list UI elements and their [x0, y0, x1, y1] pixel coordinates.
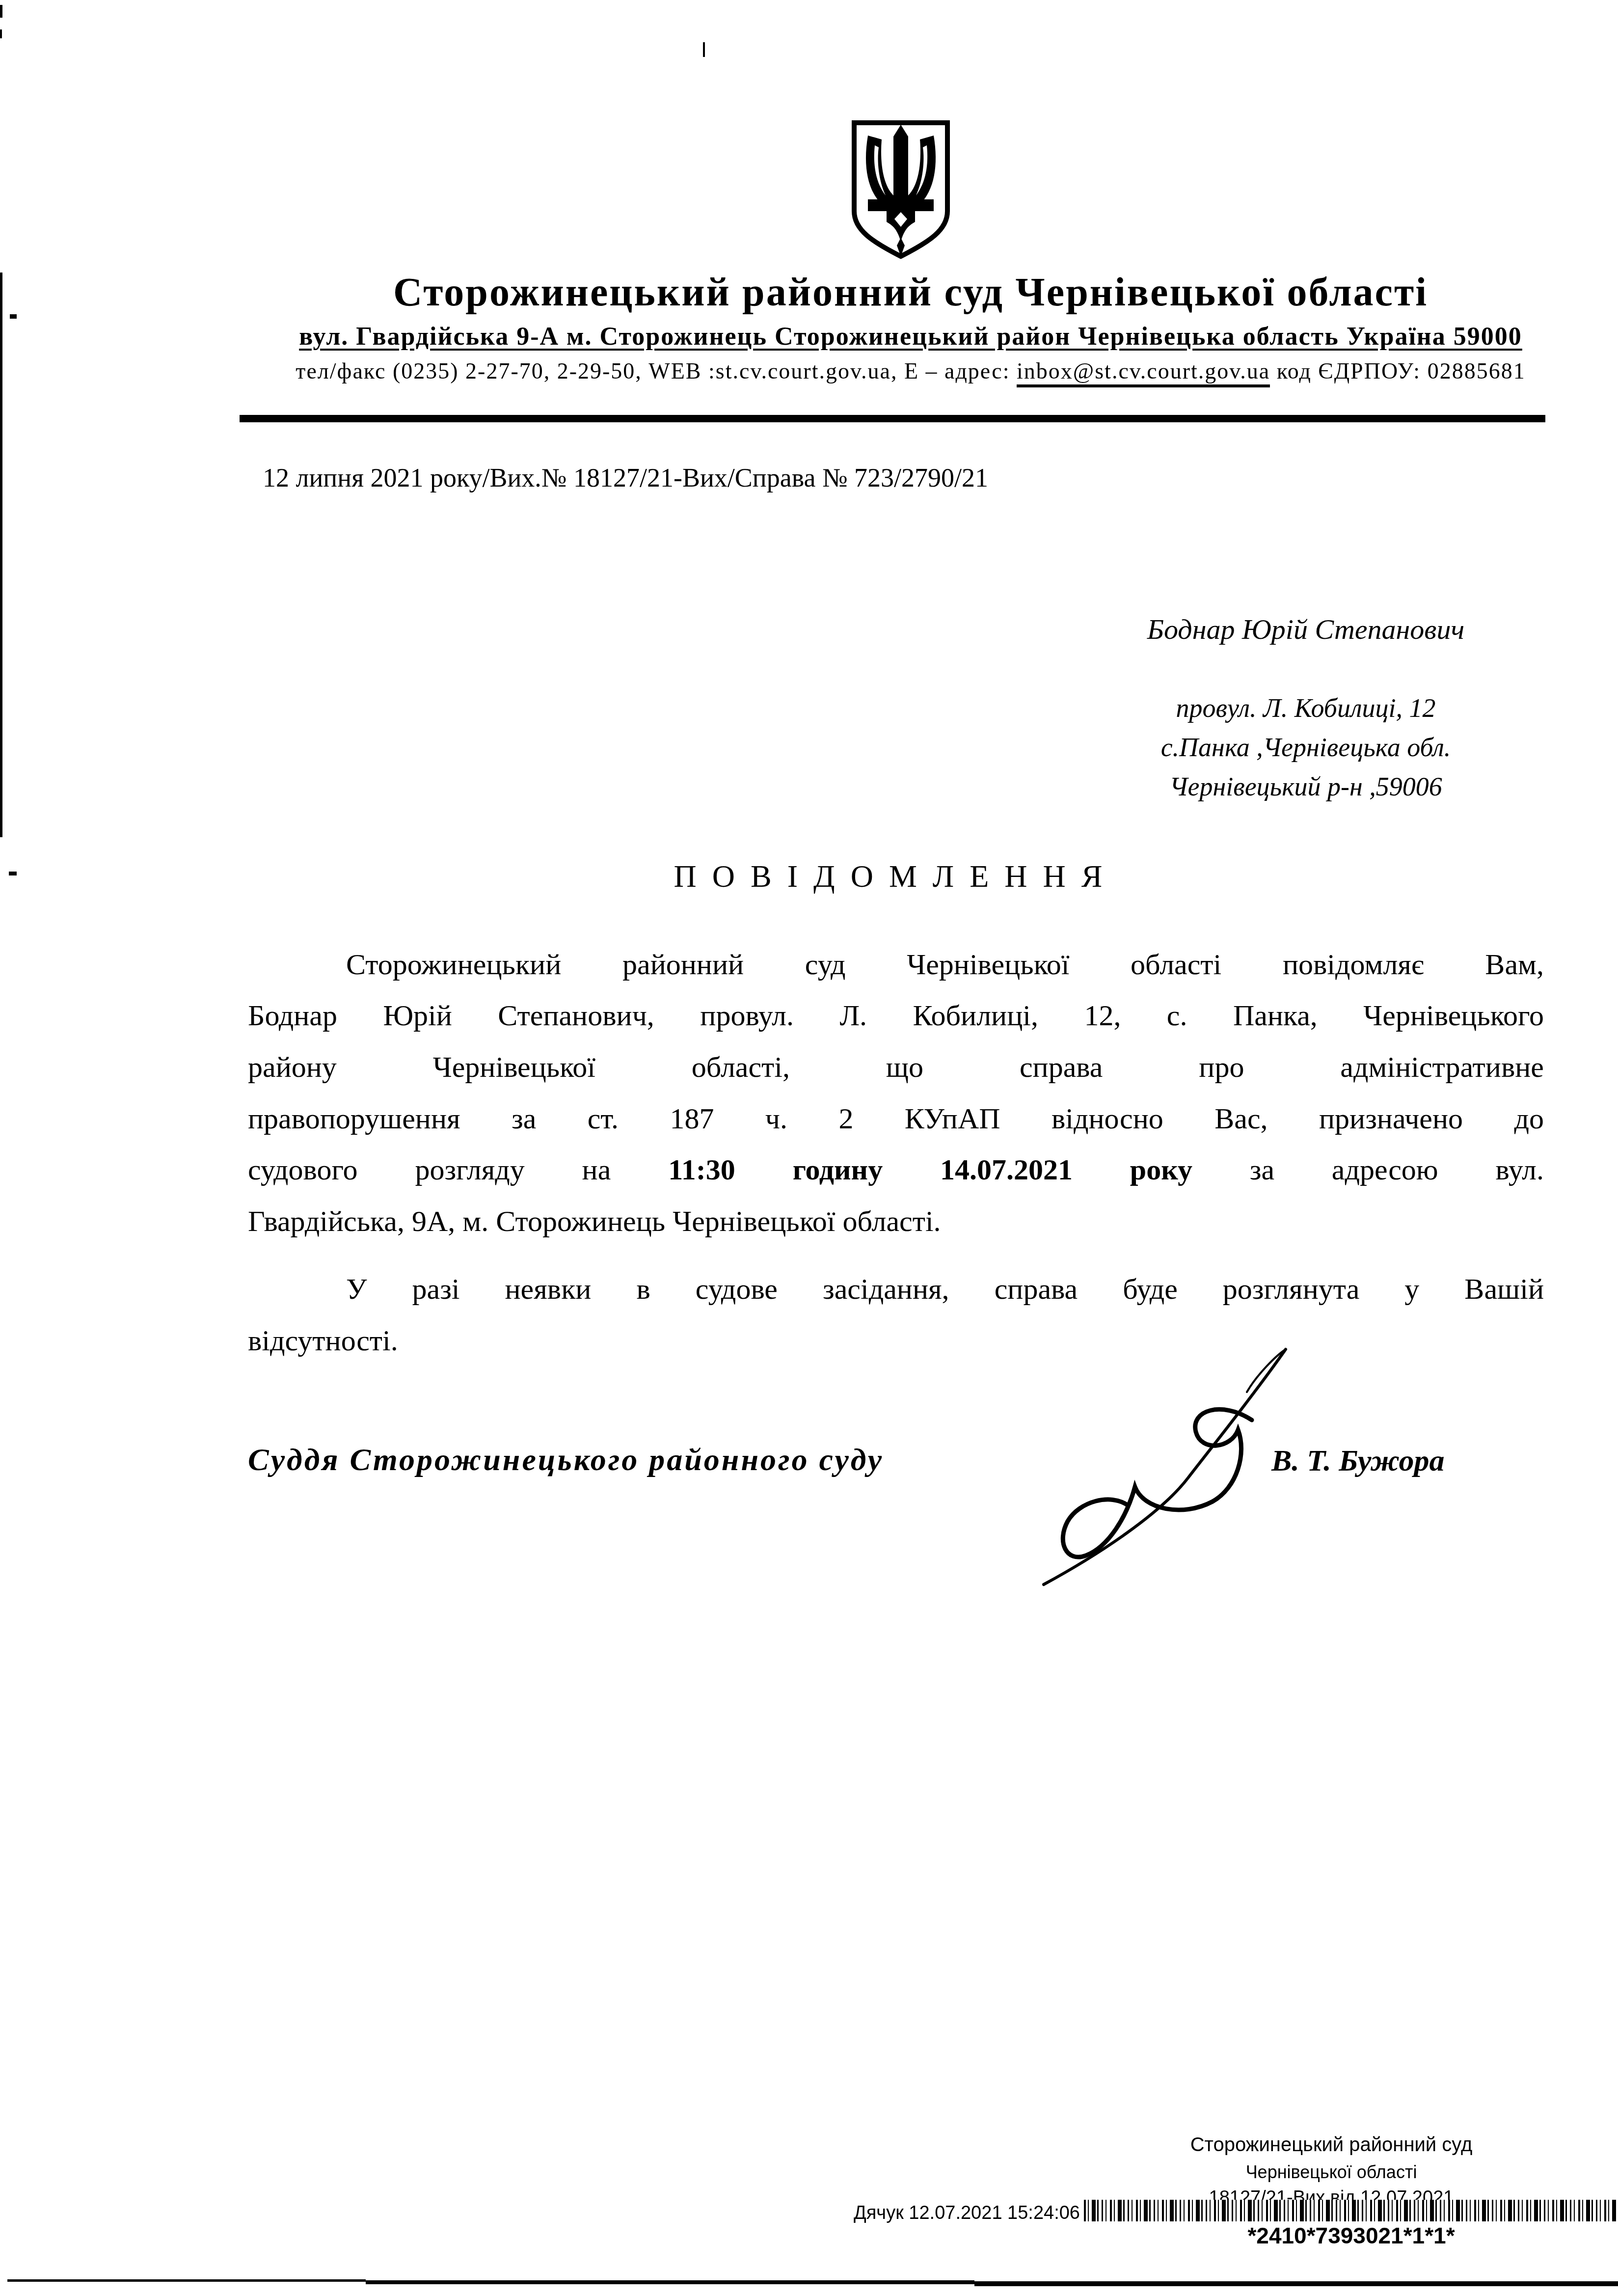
letterhead: Сторожинецький районний суд Чернівецької…	[201, 271, 1618, 384]
recipient-street: провул. Л. Кобилиці, 12	[1119, 693, 1492, 723]
scan-artifact-top-tick	[703, 42, 705, 57]
document-heading-wrap: ПОВІДОМЛЕННЯ	[248, 858, 1544, 895]
body-line: правопорушення за ст. 187 ч. 2 КУпАП від…	[248, 1093, 1544, 1144]
court-name-title: Сторожинецький районний суд Чернівецької…	[201, 271, 1618, 313]
scan-artifact-corner-speck-1	[0, 5, 2, 18]
body-line: У разі неявки в судове засідання, справа…	[248, 1263, 1544, 1314]
hearing-post: за адресою вул.	[1192, 1153, 1544, 1186]
reference-line: 12 липня 2021 року/Вих.№ 18127/21-Вих/Сп…	[263, 463, 988, 493]
body-line: Сторожинецький районний суд Чернівецької…	[248, 939, 1544, 990]
judge-title: Суддя Сторожинецького районного суду	[248, 1442, 884, 1478]
scan-artifact-left-dot-2	[9, 872, 17, 875]
barcode-digits-wrap: *2410*7393021*1*1*	[1168, 2222, 1534, 2249]
barcode-digits: *2410*7393021*1*1*	[1247, 2223, 1455, 2248]
court-email-link[interactable]: inbox@st.cv.court.gov.ua	[1017, 358, 1270, 387]
document-heading: ПОВІДОМЛЕННЯ	[674, 859, 1118, 894]
body-line: району Чернівецької області, що справа п…	[248, 1041, 1544, 1093]
document-barcode	[1084, 2200, 1617, 2221]
footer-court-line1: Сторожинецький районний суд	[1160, 2134, 1503, 2156]
scan-artifact-bottom-line-2	[366, 2280, 974, 2284]
scanned-court-letter: { "colors": { "ink": "#000000", "paper":…	[0, 0, 1618, 2296]
recipient-district: Чернівецький р-н ,59006	[1119, 771, 1492, 802]
scan-artifact-corner-speck-2	[0, 29, 2, 38]
court-contacts-line: тел/факс (0235) 2-27-70, 2-29-50, WEB :s…	[201, 358, 1618, 384]
body-line: Боднар Юрій Степанович, провул. Л. Кобил…	[248, 990, 1544, 1041]
scan-artifact-bottom-line-1	[7, 2279, 366, 2282]
body-line: Гвардійська, 9А, м. Сторожинець Чернівец…	[248, 1196, 1544, 1247]
clerk-stamp-label: Дячук 12.07.2021 15:24:06	[835, 2203, 1080, 2224]
ukraine-trident-emblem-icon	[847, 118, 954, 262]
body-line: відсутності.	[248, 1315, 1544, 1366]
footer-court-block: Сторожинецький районний суд Чернівецької…	[1160, 2134, 1503, 2209]
letterhead-rule	[240, 415, 1545, 422]
contacts-prefix: тел/факс (0235) 2-27-70, 2-29-50, WEB :s…	[296, 358, 1017, 383]
recipient-village: с.Панка ,Чернівецька обл.	[1119, 732, 1492, 763]
contacts-suffix: код ЄДРПОУ: 02885681	[1270, 358, 1525, 383]
judge-signature-scribble	[1021, 1326, 1306, 1601]
hearing-pre: судового розгляду на	[248, 1153, 668, 1186]
body-line-hearing: судового розгляду на 11:30 годину 14.07.…	[248, 1144, 1544, 1195]
court-address-line: вул. Гвардійська 9-А м. Сторожинець Стор…	[201, 322, 1618, 351]
scan-artifact-left-strip	[0, 273, 2, 837]
scan-artifact-left-dot-1	[10, 314, 17, 319]
recipient-block: Боднар Юрій Степанович провул. Л. Кобили…	[1119, 613, 1492, 802]
recipient-name: Боднар Юрій Степанович	[1119, 613, 1492, 646]
hearing-datetime: 11:30 годину 14.07.2021 року	[668, 1153, 1192, 1186]
footer-court-line2: Чернівецької області	[1160, 2162, 1503, 2183]
scan-artifact-bottom-line-3	[974, 2281, 1618, 2286]
